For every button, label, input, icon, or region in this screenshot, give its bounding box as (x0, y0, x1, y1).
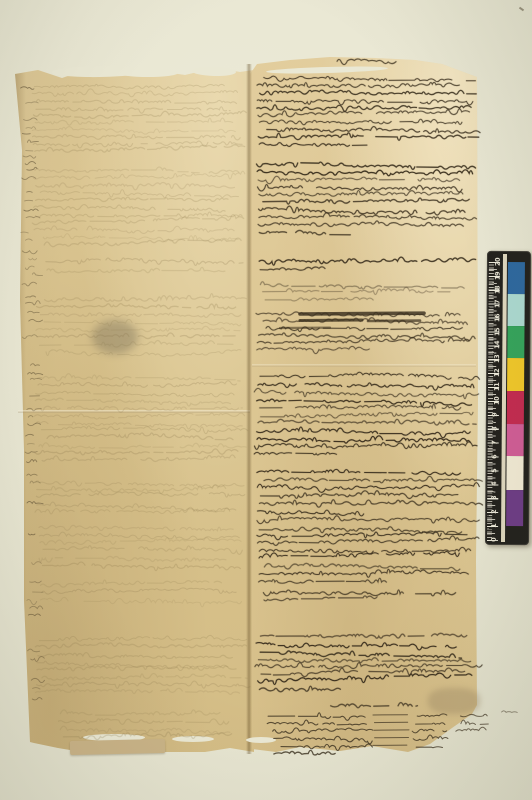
scanned-manuscript-photo: 01234567891011121314151617181920 (0, 0, 532, 800)
color-patch-crimson (507, 391, 524, 424)
horizontal-fold-crease-right (252, 364, 476, 367)
ruler-number: 15 (494, 327, 501, 335)
ruler-number: 7 (491, 441, 498, 445)
corner-stain (428, 688, 480, 714)
horizontal-fold-crease-left (18, 410, 250, 413)
bottom-edge-nick (246, 737, 276, 743)
ruler-number: 10 (494, 397, 501, 405)
ruler-number: 19 (495, 272, 502, 280)
color-patch-cream (506, 456, 523, 490)
ruler-number: 18 (495, 286, 502, 294)
color-patch-pale-cyan (508, 294, 525, 326)
ruler-number: 6 (491, 454, 498, 458)
bottom-edge-nick (172, 736, 214, 742)
torn-edge-gap (118, 69, 178, 77)
ruler-number: 4 (491, 482, 498, 486)
repair-tape-strip (70, 739, 165, 755)
center-fold-crease (246, 64, 252, 754)
ruler-number: 2 (491, 510, 498, 514)
ruler-number: 0 (491, 538, 498, 542)
ruler-number: 9 (492, 413, 499, 417)
color-patch-yellow (507, 358, 524, 391)
ruler-number: 11 (494, 383, 501, 391)
color-patches-column (506, 262, 525, 526)
color-patch-purple (506, 490, 523, 526)
ruler-number: 3 (491, 496, 498, 500)
right-leaf-recto (248, 52, 480, 758)
ruler-number: 8 (492, 427, 499, 431)
ruler-number: 5 (491, 468, 498, 472)
ruler-number: 14 (494, 341, 501, 349)
ruler-number: 17 (494, 300, 501, 308)
ruler-number: 13 (494, 355, 501, 363)
ruler-number: 1 (491, 524, 498, 528)
ink-smudge-stain (92, 320, 138, 354)
color-patch-green (507, 326, 524, 358)
color-patch-magenta (507, 424, 524, 456)
color-patch-blue (508, 262, 525, 294)
ruler-number: 16 (494, 313, 501, 321)
ruler-number: 12 (494, 369, 501, 377)
ruler-number: 20 (495, 258, 502, 266)
dust-speck (519, 7, 524, 12)
color-calibration-ruler: 01234567891011121314151617181920 (485, 251, 531, 545)
